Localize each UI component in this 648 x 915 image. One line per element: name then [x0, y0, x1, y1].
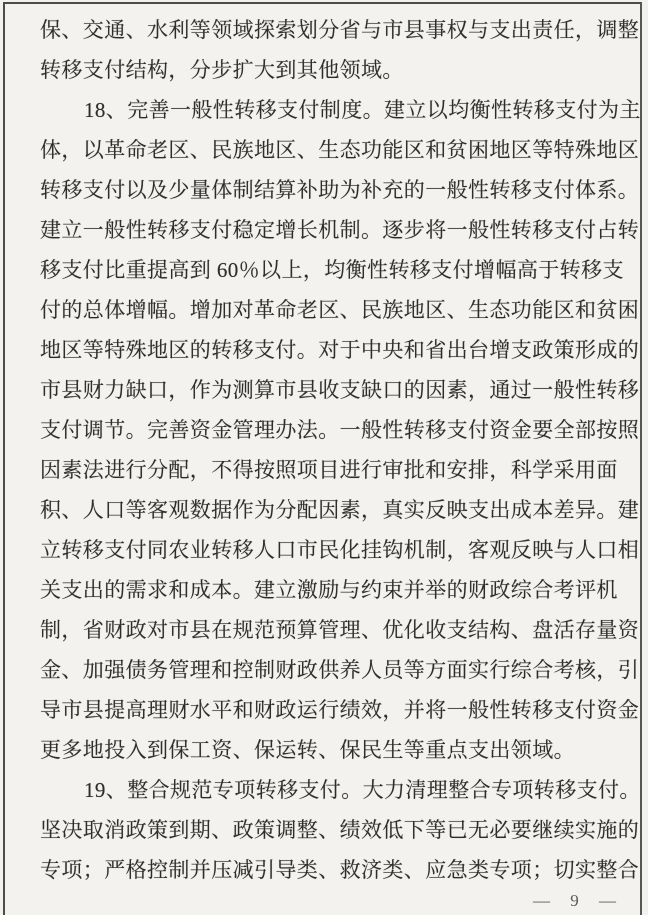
document-line: 体，以革命老区、民族地区、生态功能区和贫困地区等特殊地区: [40, 130, 612, 170]
document-line: 制，省财政对市县在规范预算管理、优化收支结构、盘活存量资: [40, 610, 612, 650]
document-line-item-18-start: 18、完善一般性转移支付制度。建立以均衡性转移支付为主: [40, 90, 612, 130]
document-line: 移支付比重提高到 60％以上，均衡性转移支付增幅高于转移支: [40, 250, 612, 290]
document-line: 转移支付结构，分步扩大到其他领域。: [40, 50, 612, 90]
document-line: 导市县提高理财水平和财政运行绩效，并将一般性转移支付资金: [40, 690, 612, 730]
document-line: 保、交通、水利等领域探索划分省与市县事权与支出责任，调整: [40, 10, 612, 50]
document-line: 地区等特殊地区的转移支付。对于中央和省出台增支政策形成的: [40, 330, 612, 370]
document-line: 转移支付以及少量体制结算补助为补充的一般性转移支付体系。: [40, 170, 612, 210]
document-line: 积、人口等客观数据作为分配因素，真实反映支出成本差异。建: [40, 490, 612, 530]
document-line-item-19-start: 19、整合规范专项转移支付。大力清理整合专项转移支付。: [40, 770, 612, 810]
document-line: 关支出的需求和成本。建立激励与约束并举的财政综合考评机: [40, 570, 612, 610]
document-line: 因素法进行分配，不得按照项目进行审批和安排，科学采用面: [40, 450, 612, 490]
document-line: 付的总体增幅。增加对革命老区、民族地区、生态功能区和贫困: [40, 290, 612, 330]
document-line: 市县财力缺口，作为测算市县收支缺口的因素，通过一般性转移: [40, 370, 612, 410]
document-line: 金、加强债务管理和控制财政供养人员等方面实行综合考核，引: [40, 650, 612, 690]
document-line: 坚决取消政策到期、政策调整、绩效低下等已无必要继续实施的: [40, 810, 612, 850]
document-line: 立转移支付同农业转移人口市民化挂钩机制，客观反映与人口相: [40, 530, 612, 570]
document-line: 支付调节。完善资金管理办法。一般性转移支付资金要全部按照: [40, 410, 612, 450]
document-line: 建立一般性转移支付稳定增长机制。逐步将一般性转移支付占转: [40, 210, 612, 250]
document-line: 更多地投入到保工资、保运转、保民生等重点支出领域。: [40, 730, 612, 770]
document-body: 保、交通、水利等领域探索划分省与市县事权与支出责任，调整 转移支付结构，分步扩大…: [40, 10, 612, 890]
document-line: 专项；严格控制并压减引导类、救济类、应急类专项；切实整合: [40, 850, 612, 890]
page-number: — 9 —: [533, 891, 618, 911]
